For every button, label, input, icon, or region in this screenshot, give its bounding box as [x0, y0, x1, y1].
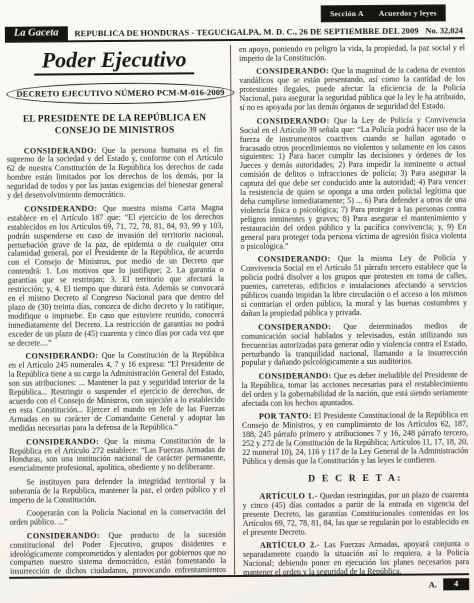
por-tanto-paragraph: POR TANTO:El Presidente Constitucional d… [242, 411, 468, 466]
paragraph-text: Que la misma Ley de Policía y Convivenci… [241, 254, 467, 318]
gazette-page: Sección A Acuerdos y leyes La Gaceta REP… [0, 0, 474, 603]
paragraph-text: Se instituyen para defender la integrida… [9, 476, 225, 505]
considerando-paragraph: CONSIDERANDO:Que producto de la sucesión… [10, 531, 226, 577]
left-column: Poder Ejecutivo DECRETO EJECUTIVO NÚMERO… [6, 45, 234, 577]
section-badge: Sección A Acuerdos y leyes [321, 4, 446, 21]
section-badge-label: Acuerdos y leyes [379, 8, 437, 17]
considerando-paragraph: CONSIDERANDO:Que la persona humana es el… [7, 146, 223, 201]
considerando-paragraph: CONSIDERANDO:Que nuestra misma Carta Mag… [7, 204, 224, 349]
masthead: La Gaceta REPUBLICA DE HONDURAS - TEGUCI… [5, 23, 465, 43]
issue-number: No. 32,024 [423, 23, 465, 37]
scanned-sheet: Sección A Acuerdos y leyes La Gaceta REP… [0, 0, 474, 603]
section-badge-section: Sección A [330, 8, 364, 17]
considerando-paragraph: CONSIDERANDO:Que la misma Constitución d… [9, 437, 225, 475]
footer-page-number: 4 [443, 578, 469, 591]
paragraph-text: Que la Ley de Policía y Convivencia Soci… [240, 115, 467, 251]
paragraph-lead: POR TANTO: [259, 412, 314, 421]
considerando-paragraph: CONSIDERANDO:Que determinados medios de … [241, 322, 467, 369]
two-column-body: Poder Ejecutivo DECRETO EJECUTIVO NÚMERO… [6, 43, 469, 577]
council-heading: EL PRESIDENTE DE LA REPÚBLICA EN CONSEJO… [17, 113, 213, 138]
considerando-paragraph: CONSIDERANDO:Que la magnitud de la caden… [239, 67, 465, 114]
considerando-paragraph: CONSIDERANDO:Que la misma Ley de Policía… [241, 255, 467, 319]
decree-banner-wrap: DECRETO EJECUTIVO NÚMERO PCM-M-016-2009 [6, 82, 222, 105]
paragraph-text: Que nuestra misma Carta Magna establece … [7, 203, 224, 348]
article-2-paragraph: ARTÍCULO 2.-Las Fuerzas Armadas, apoyará… [243, 540, 469, 576]
decreta-heading: D E C R E T A: [242, 472, 468, 485]
paragraph-text: Que la Constitución de la República en e… [8, 351, 224, 433]
gazette-logo: La Gaceta [5, 26, 68, 40]
continuation-paragraph: en apoyo, poniendo en peligro la vida, l… [239, 44, 465, 64]
body-paragraph: Cooperarán con la Policía Nacional en la… [10, 508, 226, 528]
page-title: Poder Ejecutivo [6, 46, 222, 74]
considerando-paragraph: CONSIDERANDO:Que la Constitución de la R… [8, 352, 225, 434]
masthead-line: REPUBLICA DE HONDURAS - TEGUCIGALPA, M. … [67, 24, 423, 41]
paragraph-text: Cooperarán con la Policía Nacional en la… [10, 507, 226, 527]
considerando-paragraph: CONSIDERANDO:Que la Ley de Policía y Con… [240, 116, 467, 252]
page-footer: A. 4 [9, 573, 469, 594]
right-column: en apoyo, poniendo en peligro la vida, l… [230, 43, 469, 575]
body-paragraph: Se instituyen para defender la integrida… [9, 477, 225, 506]
considerando-paragraph: CONSIDERANDO:Que es deber ineludible del… [242, 371, 468, 409]
footer-section-label: A. [429, 579, 437, 589]
paragraph-text: en apoyo, poniendo en peligro la vida, l… [239, 43, 465, 63]
decree-number-banner: DECRETO EJECUTIVO NÚMERO PCM-M-016-2009 [6, 82, 234, 105]
article-1-paragraph: ARTÍCULO 1.-Quedan restringidas, por un … [243, 491, 469, 538]
